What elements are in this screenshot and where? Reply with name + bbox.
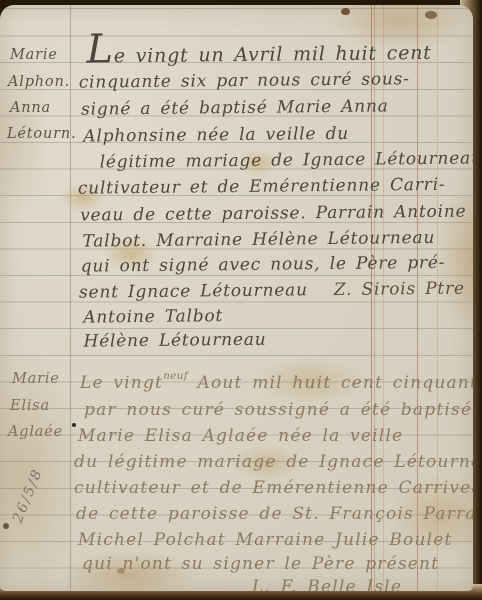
manuscript-line: Alphonsine née la veille du bbox=[83, 124, 349, 147]
ink-spot bbox=[341, 8, 350, 15]
margin-name: Alphon. bbox=[8, 74, 70, 90]
witness-signature: Hélène Létourneau bbox=[83, 330, 266, 352]
manuscript-line: veau de cette paroisse. Parrain Antoine bbox=[80, 202, 466, 226]
manuscript-line: qui ont signé avec nous, le Père pré- bbox=[81, 253, 446, 277]
manuscript-line: Le vingt un Avril mil huit cent bbox=[86, 39, 431, 68]
margin-name: Aglaée bbox=[8, 424, 63, 440]
manuscript-line: du légitime mariage de Ignace Létourneau bbox=[74, 452, 473, 472]
margin-name: Marie bbox=[12, 371, 60, 387]
register-scan: Marie Alphon. Anna Létourn. Le vingt un … bbox=[0, 0, 482, 600]
manuscript-line: par nous curé soussigné a été baptisé bbox=[84, 400, 472, 420]
manuscript-line: signé a été baptisé Marie Anna bbox=[81, 96, 389, 119]
ink-spot bbox=[425, 11, 437, 19]
manuscript-line: qui n'ont su signer le Père présent bbox=[82, 554, 439, 574]
manuscript-line-text: sent Ignace Létourneau bbox=[79, 280, 308, 302]
margin-name: Anna bbox=[10, 100, 51, 116]
ink-spot bbox=[72, 423, 76, 427]
inserted-word: neuf bbox=[163, 370, 188, 382]
ink-spot bbox=[3, 523, 9, 529]
margin-name: Elisa bbox=[10, 398, 50, 414]
page-content: Marie Alphon. Anna Létourn. Le vingt un … bbox=[0, 5, 473, 591]
manuscript-line: Talbot. Marraine Hélène Létourneau bbox=[82, 228, 435, 252]
priest-signature: L. F. Belle Isle bbox=[252, 577, 402, 591]
margin-rule-line bbox=[70, 5, 71, 591]
manuscript-line: cinquante six par nous curé sous- bbox=[79, 69, 410, 92]
manuscript-line: Michel Polchat Marraine Julie Boulet bbox=[78, 530, 453, 550]
manuscript-line: de cette paroisse de St. François Parrai… bbox=[76, 504, 473, 524]
manuscript-line: cultivateur et de Emérentienne Carri- bbox=[78, 175, 446, 199]
manuscript-line: sent Ignace LétourneauZ. Sirois Ptre bbox=[79, 279, 465, 303]
manuscript-line: cultivateur et de Emérentienne Carriveau bbox=[74, 478, 473, 498]
manuscript-line: Marie Elisa Aglaée née la veille bbox=[78, 426, 403, 446]
margin-name: Létourn. bbox=[7, 126, 76, 142]
manuscript-line-text: Le vingt bbox=[80, 373, 163, 393]
witness-signature: Antoine Talbot bbox=[83, 306, 223, 327]
priest-signature: Z. Sirois Ptre bbox=[334, 279, 465, 300]
margin-name: Marie bbox=[10, 47, 58, 63]
manuscript-line-text: Aout mil huit cent cinquante huit bbox=[188, 373, 473, 393]
manuscript-line: légitime mariage de Ignace Létourneau bbox=[100, 148, 473, 172]
manuscript-line: Le vingtneuf Aout mil huit cent cinquant… bbox=[80, 373, 473, 393]
